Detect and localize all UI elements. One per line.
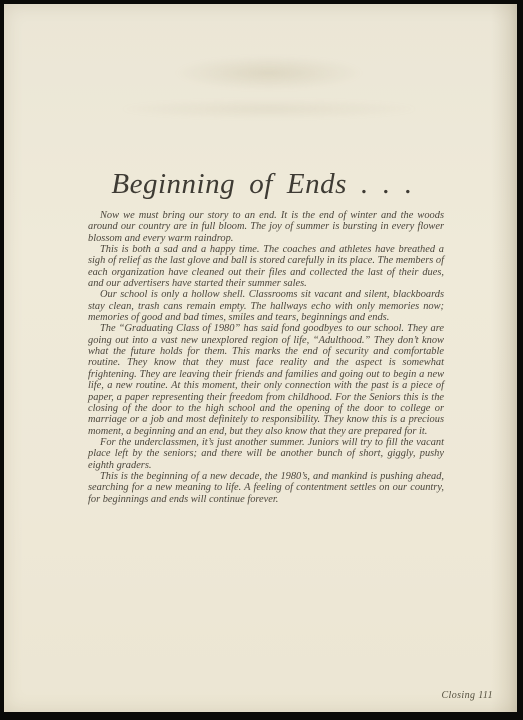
ink-bleedthrough-smudge <box>174 56 364 90</box>
essay-paragraph: For the underclassmen, it’s just another… <box>88 437 444 471</box>
page-footer-label: Closing 111 <box>441 690 493 701</box>
essay-paragraph: Now we must bring our story to an end. I… <box>88 210 444 244</box>
yearbook-scan: { "page": { "title": "Beginning of Ends … <box>0 0 523 720</box>
essay-paragraph: Our school is only a hollow shell. Class… <box>88 289 444 323</box>
yearbook-page: Beginning of Ends . . . Now we must brin… <box>4 4 517 712</box>
essay-paragraph: This is both a sad and a happy time. The… <box>88 244 444 289</box>
page-title: Beginning of Ends . . . <box>82 168 442 201</box>
essay-paragraph: This is the beginning of a new decade, t… <box>88 471 444 505</box>
essay-paragraph: The “Graduating Class of 1980” has said … <box>88 323 444 436</box>
ink-bleedthrough-smudge <box>124 100 414 118</box>
closing-essay: Now we must bring our story to an end. I… <box>88 210 444 505</box>
page-edge-shading <box>491 4 517 712</box>
